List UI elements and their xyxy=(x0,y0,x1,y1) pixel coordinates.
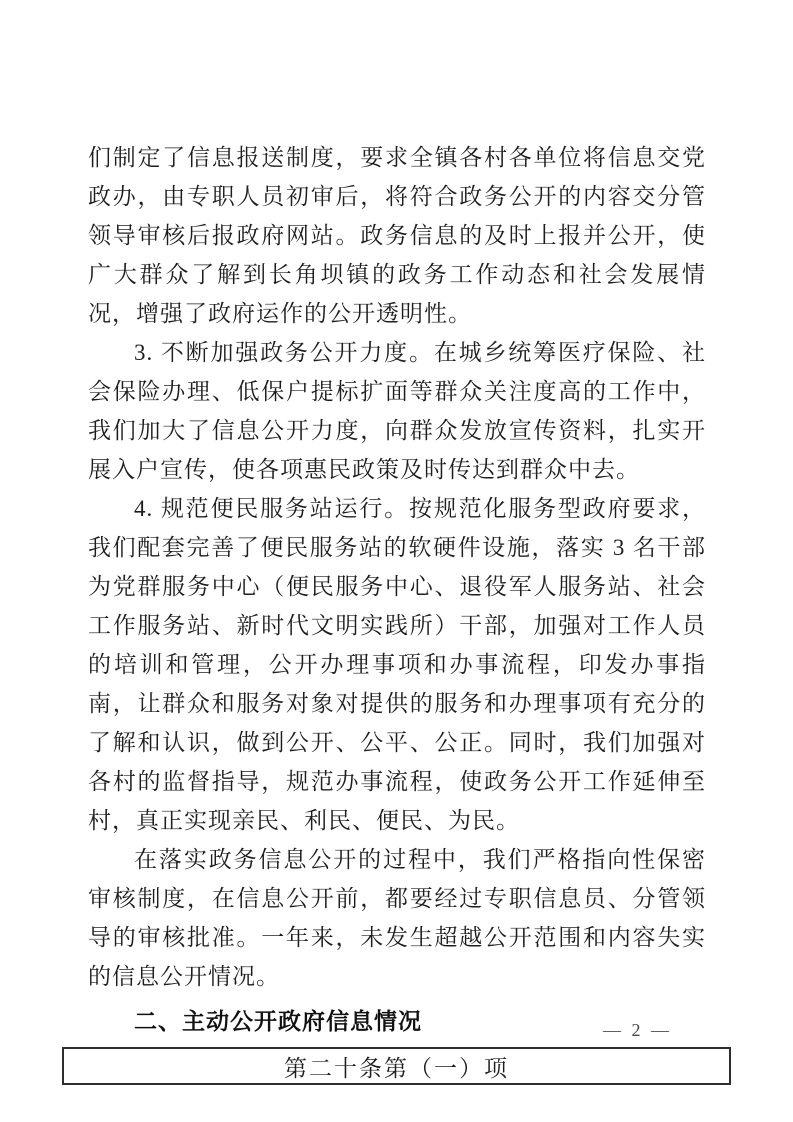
body-paragraph-item-4: 4. 规范便民服务站运行。按规范化服务型政府要求，我们配套完善了便民服务站的软硬… xyxy=(88,489,706,840)
document-page: 们制定了信息报送制度，要求全镇各村各单位将信息交党政办，由专职人员初审后，将符合… xyxy=(0,0,793,1122)
table-row-label: 第二十条第（一）项 xyxy=(284,1050,509,1083)
body-paragraph-security-review: 在落实政务信息公开的过程中，我们严格指向性保密审核制度，在信息公开前，都要经过专… xyxy=(88,840,706,996)
body-paragraph-item-3: 3. 不断加强政务公开力度。在城乡统筹医疗保险、社会保险办理、低保户提标扩面等群… xyxy=(88,333,706,489)
document-body: 们制定了信息报送制度，要求全镇各村各单位将信息交党政办，由专职人员初审后，将符合… xyxy=(88,138,706,1085)
body-paragraph-continuation: 们制定了信息报送制度，要求全镇各村各单位将信息交党政办，由专职人员初审后，将符合… xyxy=(88,138,706,333)
table-header-row: 第二十条第（一）项 xyxy=(62,1047,731,1085)
page-number: — 2 — xyxy=(603,1020,672,1041)
